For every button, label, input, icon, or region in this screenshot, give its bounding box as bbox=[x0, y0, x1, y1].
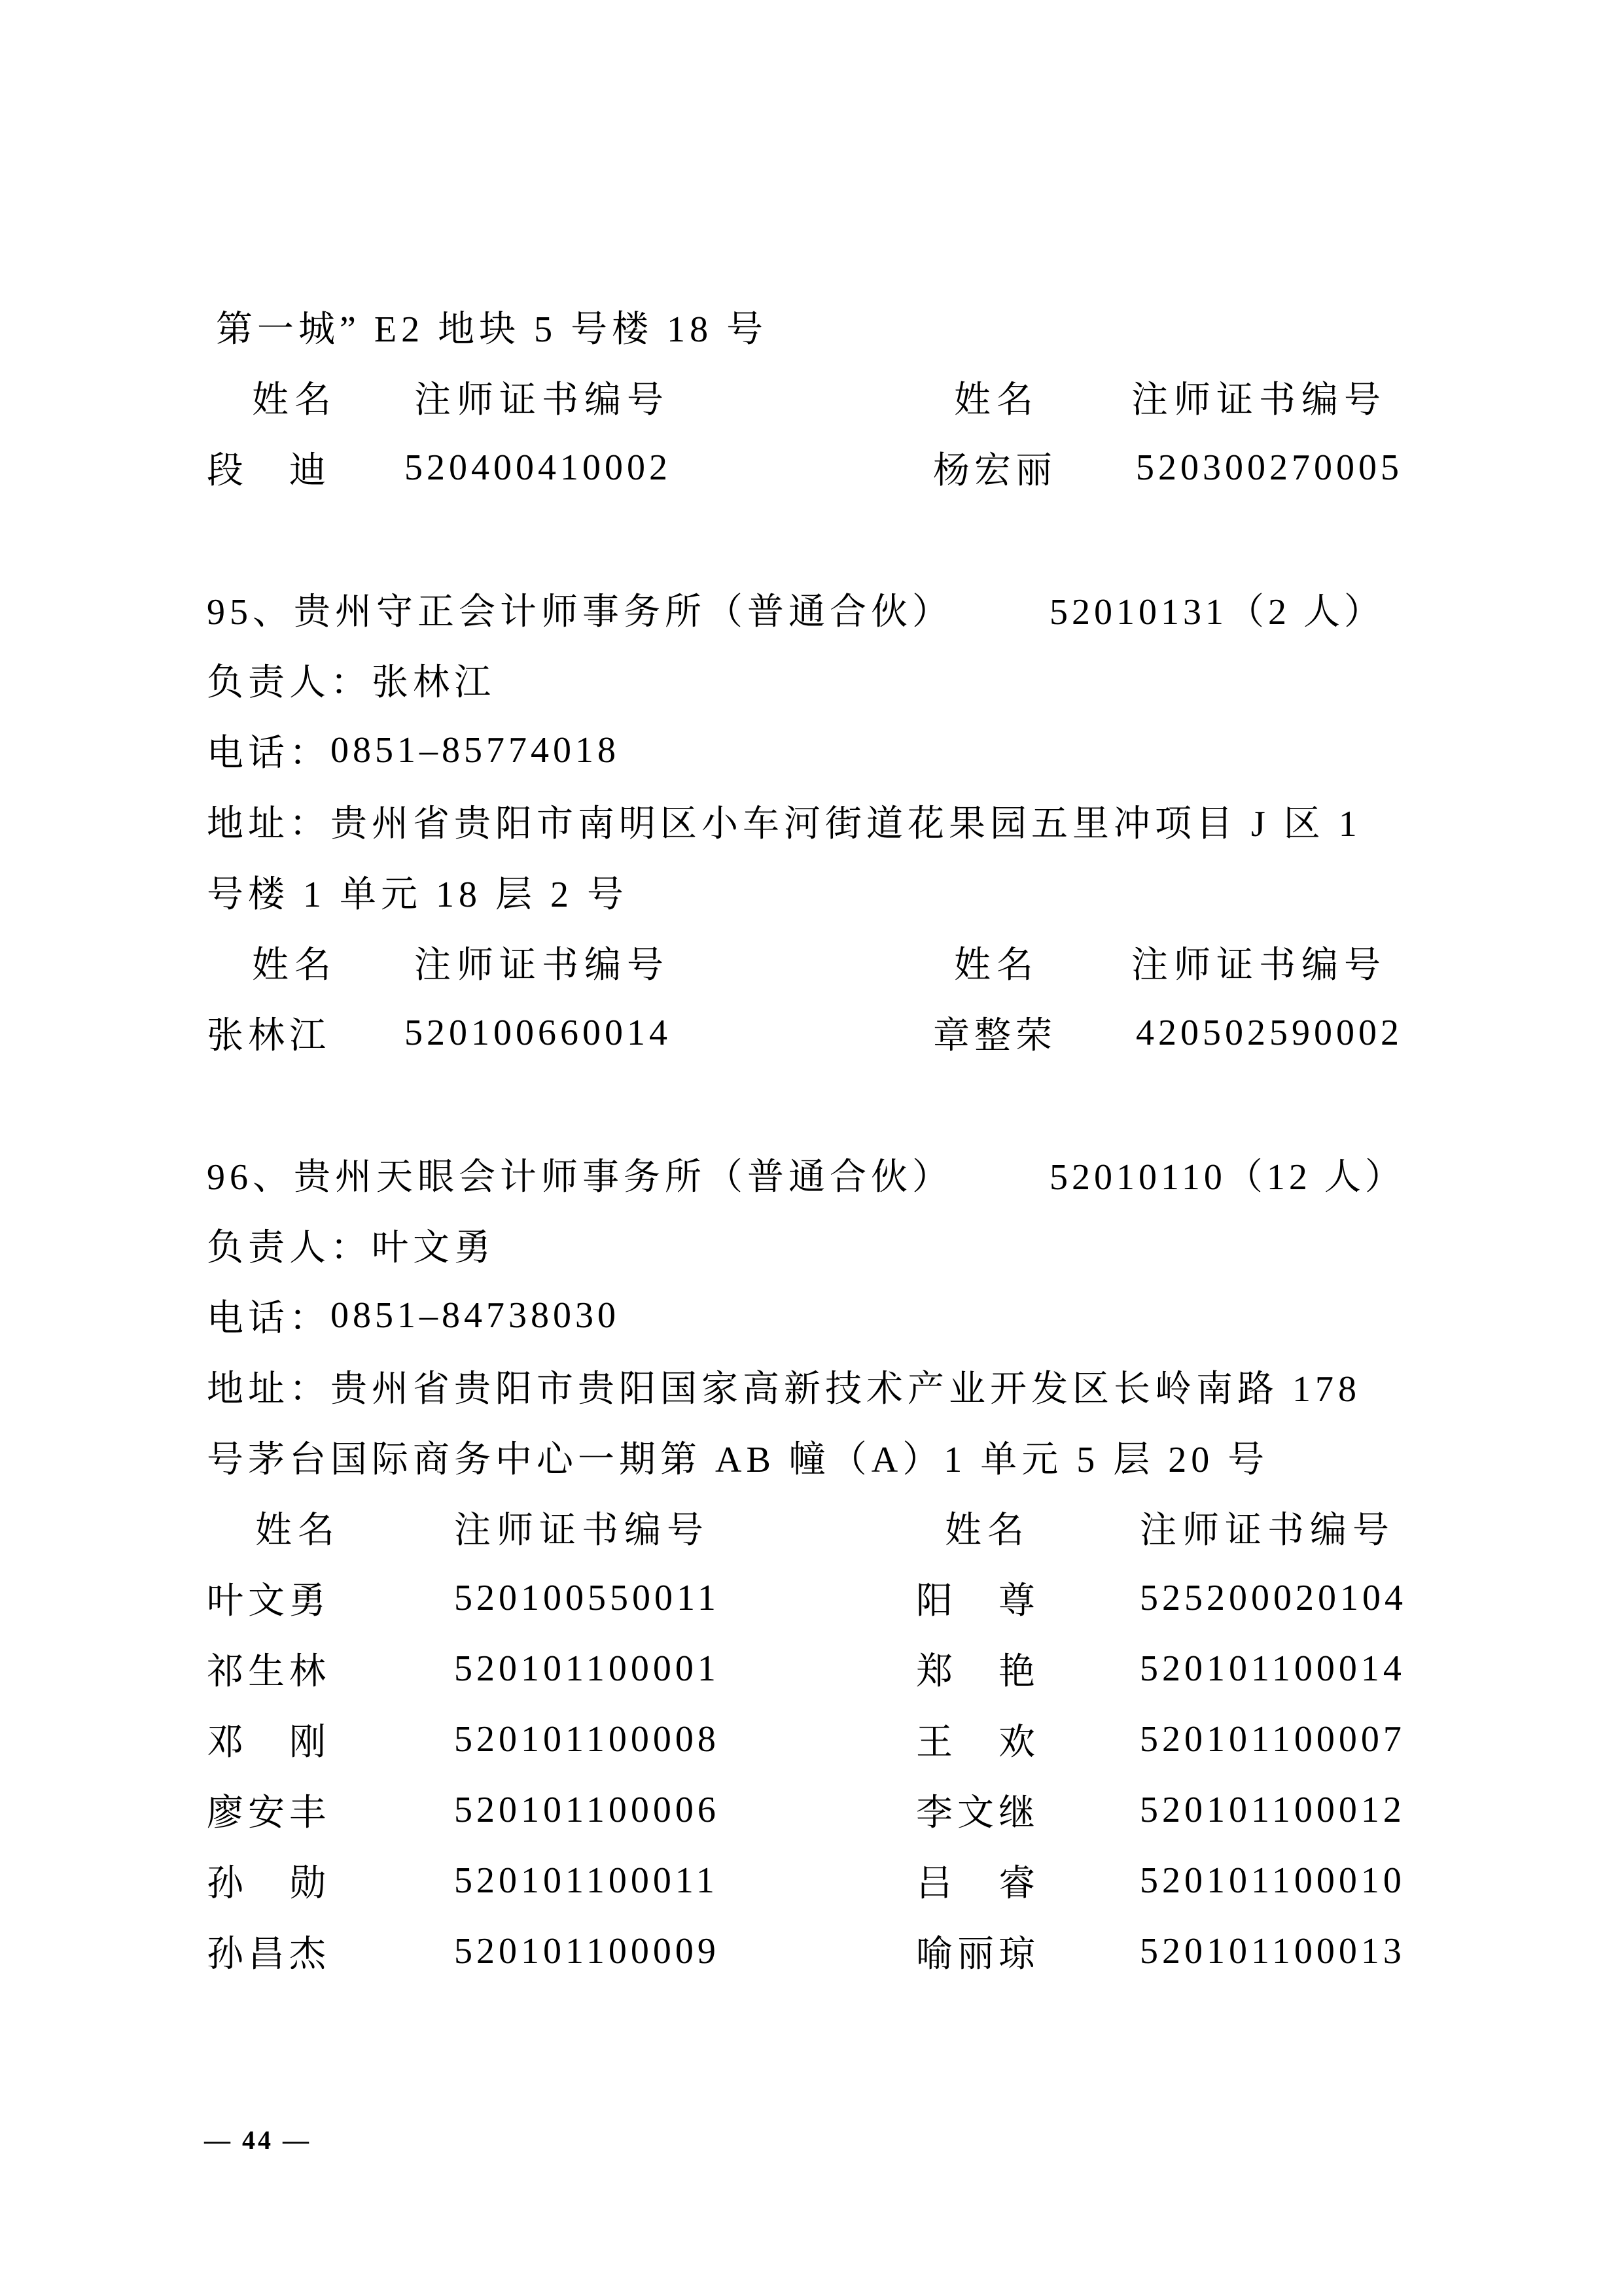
member-cert: 520101100013 bbox=[1140, 1930, 1405, 1972]
phone-number: 0851–84738030 bbox=[330, 1295, 620, 1336]
name-column-header: 姓名 bbox=[252, 371, 337, 423]
name-column-header: 姓名 bbox=[945, 1501, 1030, 1554]
firm-leader-line: 负责人：张林江 bbox=[0, 644, 1624, 715]
leader-label: 负责人： bbox=[207, 653, 372, 706]
leader-label: 负责人： bbox=[207, 1219, 372, 1271]
firm-heading: 95、贵州守正会计师事务所（普通合伙） 52010131（2 人） bbox=[0, 574, 1624, 644]
name-column-header: 姓名 bbox=[954, 371, 1039, 423]
document-page: 第一城” E2 地块 5 号楼 18 号 姓名 注师证书编号 姓名 注师证书编号… bbox=[0, 0, 1624, 2296]
address-text: 贵州省贵阳市贵阳国家高新技术产业开发区长岭南路 178 bbox=[330, 1360, 1361, 1412]
table-row: 廖安丰 520101100006 李文继 520101100012 bbox=[0, 1775, 1624, 1845]
firm-address-line-1: 地址：贵州省贵阳市贵阳国家高新技术产业开发区长岭南路 178 bbox=[0, 1351, 1624, 1421]
firm-leader-line: 负责人：叶文勇 bbox=[0, 1209, 1624, 1280]
member-cert: 520101100007 bbox=[1140, 1718, 1405, 1760]
member-name: 王 欢 bbox=[916, 1713, 1040, 1765]
member-name: 郑 艳 bbox=[916, 1643, 1040, 1695]
firm-title: 95、贵州守正会计师事务所（普通合伙） bbox=[207, 583, 953, 635]
name-column-header: 姓名 bbox=[252, 936, 337, 988]
table-row: 孙 勋 520101100011 吕 睿 520101100010 bbox=[0, 1845, 1624, 1916]
table-header-row: 姓名 注师证书编号 姓名 注师证书编号 bbox=[0, 1492, 1624, 1563]
firm-phone-line: 电话：0851–84738030 bbox=[0, 1280, 1624, 1351]
address-text: 号楼 1 单元 18 层 2 号 bbox=[207, 865, 628, 918]
address-label: 地址： bbox=[207, 795, 330, 847]
member-cert: 520101100001 bbox=[454, 1648, 720, 1690]
table-row: 叶文勇 520100550011 阳 尊 525200020104 bbox=[0, 1563, 1624, 1633]
blank-line bbox=[0, 1068, 1624, 1139]
leader-name: 张林江 bbox=[372, 653, 495, 706]
table-row: 张林江 520100660014 章整荣 420502590002 bbox=[0, 998, 1624, 1068]
phone-label: 电话： bbox=[207, 1289, 330, 1342]
member-name: 邓 刚 bbox=[207, 1713, 330, 1765]
cert-column-header: 注师证书编号 bbox=[414, 371, 669, 423]
member-cert: 520101100011 bbox=[454, 1860, 718, 1902]
firm-heading: 96、贵州天眼会计师事务所（普通合伙） 52010110（12 人） bbox=[0, 1139, 1624, 1209]
firm-registration: 52010110（12 人） bbox=[1050, 1148, 1405, 1200]
firm-phone-line: 电话：0851–85774018 bbox=[0, 715, 1624, 786]
firm-title: 96、贵州天眼会计师事务所（普通合伙） bbox=[207, 1148, 953, 1200]
member-name: 李文继 bbox=[916, 1784, 1040, 1836]
page-number: — 44 — bbox=[204, 2125, 311, 2155]
member-cert: 520100550011 bbox=[454, 1577, 720, 1619]
member-cert: 520101100010 bbox=[1140, 1860, 1405, 1902]
member-name: 孙 勋 bbox=[207, 1854, 330, 1907]
member-name: 章整荣 bbox=[933, 1007, 1057, 1059]
member-name: 段 迪 bbox=[207, 442, 330, 494]
name-column-header: 姓名 bbox=[255, 1501, 340, 1554]
phone-label: 电话： bbox=[207, 724, 330, 776]
member-name: 吕 睿 bbox=[916, 1854, 1040, 1907]
table-row: 祁生林 520101100001 郑 艳 520101100014 bbox=[0, 1633, 1624, 1704]
member-cert: 520300270005 bbox=[1136, 447, 1403, 489]
address-text: 号茅台国际商务中心一期第 AB 幢（A）1 单元 5 层 20 号 bbox=[207, 1431, 1269, 1483]
blank-line bbox=[0, 503, 1624, 574]
table-header-row: 姓名 注师证书编号 姓名 注师证书编号 bbox=[0, 927, 1624, 998]
cert-column-header: 注师证书编号 bbox=[1131, 371, 1386, 423]
leader-name: 叶文勇 bbox=[372, 1219, 495, 1271]
member-cert: 520101100008 bbox=[454, 1718, 720, 1760]
member-cert: 520100660014 bbox=[404, 1012, 671, 1054]
address-continuation-line: 第一城” E2 地块 5 号楼 18 号 bbox=[0, 291, 1624, 362]
member-cert: 520101100009 bbox=[454, 1930, 720, 1972]
cert-column-header: 注师证书编号 bbox=[414, 936, 669, 988]
firm-address-line-2: 号茅台国际商务中心一期第 AB 幢（A）1 单元 5 层 20 号 bbox=[0, 1421, 1624, 1492]
cert-column-header: 注师证书编号 bbox=[1131, 936, 1386, 988]
member-name: 叶文勇 bbox=[207, 1572, 330, 1624]
address-continuation-text: 第一城” E2 地块 5 号楼 18 号 bbox=[216, 300, 768, 353]
name-column-header: 姓名 bbox=[954, 936, 1039, 988]
member-name: 阳 尊 bbox=[916, 1572, 1040, 1624]
member-cert: 520101100012 bbox=[1140, 1789, 1405, 1831]
address-text: 贵州省贵阳市南明区小车河街道花果园五里冲项目 J 区 1 bbox=[330, 795, 1362, 847]
table-row: 段 迪 520400410002 杨宏丽 520300270005 bbox=[0, 432, 1624, 503]
member-cert: 420502590002 bbox=[1136, 1012, 1403, 1054]
firm-address-line-2: 号楼 1 单元 18 层 2 号 bbox=[0, 856, 1624, 927]
cert-column-header: 注师证书编号 bbox=[1140, 1501, 1395, 1554]
table-row: 邓 刚 520101100008 王 欢 520101100007 bbox=[0, 1704, 1624, 1775]
member-name: 孙昌杰 bbox=[207, 1925, 330, 1977]
cert-column-header: 注师证书编号 bbox=[454, 1501, 709, 1554]
member-name: 廖安丰 bbox=[207, 1784, 330, 1836]
table-row: 孙昌杰 520101100009 喻丽琼 520101100013 bbox=[0, 1916, 1624, 1987]
member-cert: 520101100006 bbox=[454, 1789, 720, 1831]
member-name: 杨宏丽 bbox=[933, 442, 1057, 494]
page-content: 第一城” E2 地块 5 号楼 18 号 姓名 注师证书编号 姓名 注师证书编号… bbox=[0, 291, 1624, 1987]
firm-registration: 52010131（2 人） bbox=[1050, 583, 1385, 635]
member-cert: 525200020104 bbox=[1140, 1577, 1407, 1619]
phone-number: 0851–85774018 bbox=[330, 729, 620, 771]
table-header-row: 姓名 注师证书编号 姓名 注师证书编号 bbox=[0, 362, 1624, 432]
member-cert: 520101100014 bbox=[1140, 1648, 1405, 1690]
address-label: 地址： bbox=[207, 1360, 330, 1412]
member-name: 祁生林 bbox=[207, 1643, 330, 1695]
member-name: 张林江 bbox=[207, 1007, 330, 1059]
firm-address-line-1: 地址：贵州省贵阳市南明区小车河街道花果园五里冲项目 J 区 1 bbox=[0, 786, 1624, 856]
member-cert: 520400410002 bbox=[404, 447, 671, 489]
member-name: 喻丽琼 bbox=[916, 1925, 1040, 1977]
